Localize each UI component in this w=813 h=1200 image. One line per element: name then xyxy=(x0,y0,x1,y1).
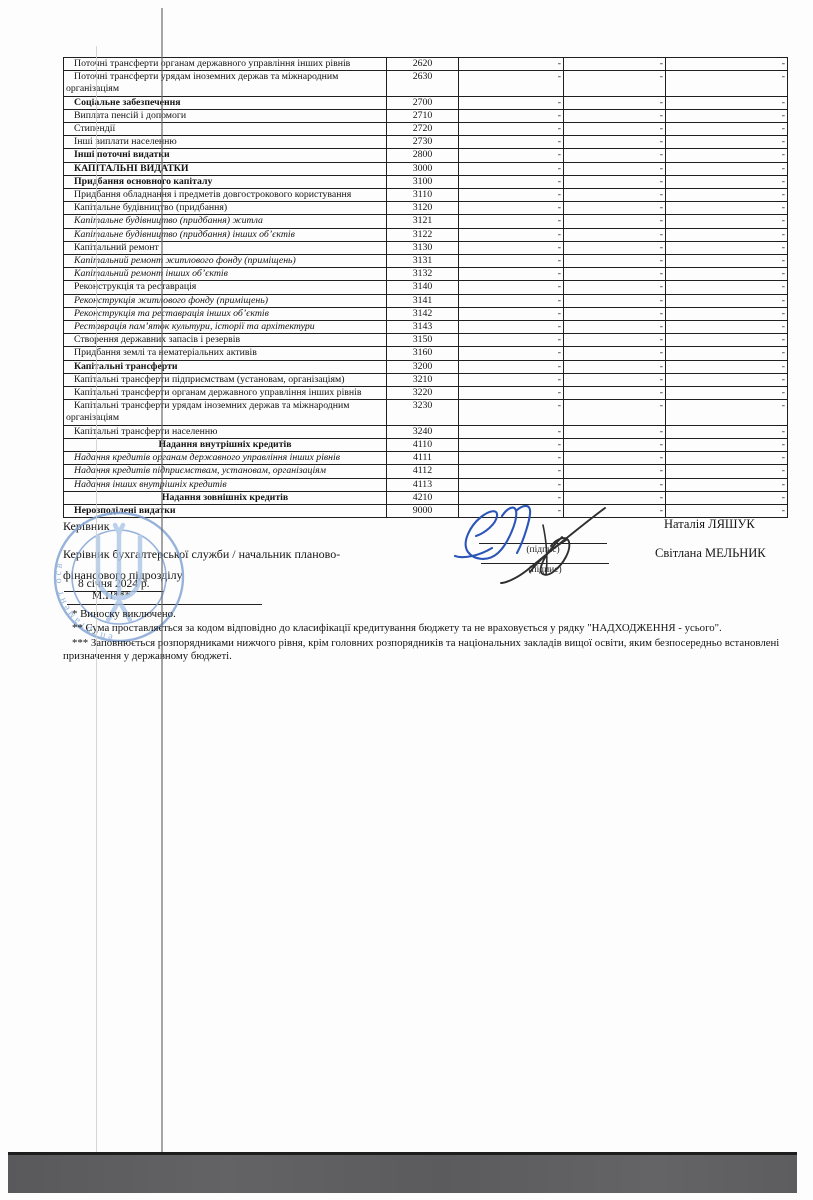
row-value-cell: - xyxy=(666,175,788,188)
table-row: Соціальне забезпечення2700--- xyxy=(64,96,788,109)
row-value-cell: - xyxy=(564,96,666,109)
row-value-cell: - xyxy=(564,71,666,96)
row-value-cell: - xyxy=(666,123,788,136)
row-value-cell: - xyxy=(564,294,666,307)
row-label-cell: Соціальне забезпечення xyxy=(64,96,387,109)
row-code-cell: 3130 xyxy=(387,241,459,254)
row-value-cell: - xyxy=(564,347,666,360)
row-value-cell: - xyxy=(564,215,666,228)
table-row: Реконструкція житлового фонду (приміщень… xyxy=(64,294,788,307)
table-row: Капітальне будівництво (придбання) інших… xyxy=(64,228,788,241)
row-value-cell: - xyxy=(459,241,564,254)
row-label-cell: Нерозподілені видатки xyxy=(64,504,387,517)
row-code-cell: 3121 xyxy=(387,215,459,228)
row-code-cell: 3120 xyxy=(387,202,459,215)
row-value-cell: - xyxy=(666,504,788,517)
row-value-cell: - xyxy=(564,123,666,136)
row-value-cell: - xyxy=(459,255,564,268)
row-label-cell: Виплата пенсій і допомоги xyxy=(64,109,387,122)
role-label-accountant-line1: Керівник бухгалтерської служби / начальн… xyxy=(63,547,340,562)
row-code-cell: 3110 xyxy=(387,189,459,202)
table-row: Поточні трансферти урядам іноземних держ… xyxy=(64,71,788,96)
row-value-cell: - xyxy=(459,109,564,122)
row-value-cell: - xyxy=(666,268,788,281)
row-label-cell: Капітальний ремонт xyxy=(64,241,387,254)
row-value-cell: - xyxy=(666,281,788,294)
row-label-cell: Реконструкція та реставрація інших об’єк… xyxy=(64,307,387,320)
row-value-cell: - xyxy=(666,58,788,71)
row-label-cell: Реконструкція житлового фонду (приміщень… xyxy=(64,294,387,307)
row-label-cell: Придбання обладнання і предметів довгост… xyxy=(64,189,387,202)
row-value-cell: - xyxy=(564,360,666,373)
row-code-cell: 3142 xyxy=(387,307,459,320)
row-value-cell: - xyxy=(666,189,788,202)
row-code-cell: 3132 xyxy=(387,268,459,281)
row-label-cell: Поточні трансферти органам державного уп… xyxy=(64,58,387,71)
table-row: Надання внутрішніх кредитів4110--- xyxy=(64,438,788,451)
row-code-cell: 3150 xyxy=(387,334,459,347)
row-value-cell: - xyxy=(666,491,788,504)
row-code-cell: 2720 xyxy=(387,123,459,136)
row-value-cell: - xyxy=(666,425,788,438)
table-row: Надання інших внутрішніх кредитів4113--- xyxy=(64,478,788,491)
row-value-cell: - xyxy=(459,360,564,373)
footnotes-block: * Виноску виключено.** Сума проставляєть… xyxy=(63,608,790,664)
row-label-cell: Капітальні трансферти підприємствам (уст… xyxy=(64,373,387,386)
table-row: Капітальне будівництво (придбання) житла… xyxy=(64,215,788,228)
table-row: Капітальний ремонт інших об’єктів3132--- xyxy=(64,268,788,281)
table-row: Надання кредитів органам державного упра… xyxy=(64,452,788,465)
row-label-cell: Надання внутрішніх кредитів xyxy=(64,438,387,451)
row-value-cell: - xyxy=(459,175,564,188)
row-code-cell: 3210 xyxy=(387,373,459,386)
row-value-cell: - xyxy=(459,373,564,386)
row-value-cell: - xyxy=(666,400,788,425)
budget-expenditure-table: Поточні трансферти органам державного уп… xyxy=(63,57,788,518)
row-code-cell: 2630 xyxy=(387,71,459,96)
row-value-cell: - xyxy=(459,452,564,465)
row-value-cell: - xyxy=(666,162,788,175)
seal-place-label: М.П*** xyxy=(92,590,131,602)
row-value-cell: - xyxy=(459,189,564,202)
row-value-cell: - xyxy=(459,228,564,241)
row-value-cell: - xyxy=(564,465,666,478)
row-value-cell: - xyxy=(459,425,564,438)
row-value-cell: - xyxy=(459,321,564,334)
row-code-cell: 2800 xyxy=(387,149,459,162)
row-value-cell: - xyxy=(666,347,788,360)
row-code-cell: 9000 xyxy=(387,504,459,517)
row-value-cell: - xyxy=(459,123,564,136)
row-code-cell: 3140 xyxy=(387,281,459,294)
row-value-cell: - xyxy=(666,452,788,465)
row-label-cell: КАПІТАЛЬНІ ВИДАТКИ xyxy=(64,162,387,175)
table-row: Капітальні трансферти3200--- xyxy=(64,360,788,373)
row-code-cell: 3230 xyxy=(387,400,459,425)
table-row: Реконструкція та реставрація інших об’єк… xyxy=(64,307,788,320)
table-row: Придбання основного капіталу3100--- xyxy=(64,175,788,188)
row-label-cell: Капітальні трансферти органам державного… xyxy=(64,387,387,400)
row-value-cell: - xyxy=(459,334,564,347)
row-label-cell: Капітальні трансферти урядам іноземних д… xyxy=(64,400,387,425)
row-value-cell: - xyxy=(459,149,564,162)
row-value-cell: - xyxy=(459,281,564,294)
row-value-cell: - xyxy=(564,255,666,268)
footnote: ** Сума проставляється за кодом відповід… xyxy=(63,622,790,635)
row-value-cell: - xyxy=(459,478,564,491)
row-value-cell: - xyxy=(564,149,666,162)
row-label-cell: Надання інших внутрішніх кредитів xyxy=(64,478,387,491)
row-label-cell: Реконструкція та реставрація xyxy=(64,281,387,294)
row-code-cell: 3220 xyxy=(387,387,459,400)
director-name: Наталія ЛЯШУК xyxy=(664,517,755,532)
row-value-cell: - xyxy=(459,71,564,96)
row-value-cell: - xyxy=(666,71,788,96)
row-value-cell: - xyxy=(564,162,666,175)
row-label-cell: Надання кредитів підприємствам, установа… xyxy=(64,465,387,478)
row-value-cell: - xyxy=(666,202,788,215)
row-label-cell: Капітальне будівництво (придбання) житла xyxy=(64,215,387,228)
row-label-cell: Інші поточні видатки xyxy=(64,149,387,162)
row-value-cell: - xyxy=(666,228,788,241)
row-label-cell: Капітальні трансферти населенню xyxy=(64,425,387,438)
row-code-cell: 2700 xyxy=(387,96,459,109)
row-code-cell: 4112 xyxy=(387,465,459,478)
row-value-cell: - xyxy=(564,202,666,215)
row-value-cell: - xyxy=(564,425,666,438)
row-value-cell: - xyxy=(459,307,564,320)
row-value-cell: - xyxy=(666,387,788,400)
row-code-cell: 4113 xyxy=(387,478,459,491)
table-row: Надання зовнішніх кредитів4210--- xyxy=(64,491,788,504)
row-value-cell: - xyxy=(459,96,564,109)
row-label-cell: Створення державних запасів і резервів xyxy=(64,334,387,347)
row-value-cell: - xyxy=(666,321,788,334)
row-code-cell: 2620 xyxy=(387,58,459,71)
row-code-cell: 3122 xyxy=(387,228,459,241)
table-row: Придбання обладнання і предметів довгост… xyxy=(64,189,788,202)
scanner-edge-band xyxy=(8,1152,797,1193)
row-value-cell: - xyxy=(666,478,788,491)
table-row: Капітальні трансферти органам державного… xyxy=(64,387,788,400)
row-value-cell: - xyxy=(564,109,666,122)
row-value-cell: - xyxy=(564,189,666,202)
table-row: Створення державних запасів і резервів31… xyxy=(64,334,788,347)
table-row: Стипендії2720--- xyxy=(64,123,788,136)
row-code-cell: 3131 xyxy=(387,255,459,268)
table-row: Реставрація пам’яток культури, історії т… xyxy=(64,321,788,334)
table-row: Нерозподілені видатки9000--- xyxy=(64,504,788,517)
row-value-cell: - xyxy=(459,504,564,517)
row-code-cell: 2730 xyxy=(387,136,459,149)
row-value-cell: - xyxy=(459,136,564,149)
row-value-cell: - xyxy=(564,136,666,149)
row-value-cell: - xyxy=(459,387,564,400)
row-label-cell: Надання зовнішніх кредитів xyxy=(64,491,387,504)
row-value-cell: - xyxy=(459,58,564,71)
row-code-cell: 3143 xyxy=(387,321,459,334)
row-value-cell: - xyxy=(564,228,666,241)
row-value-cell: - xyxy=(564,58,666,71)
table-row: Капітальний ремонт житлового фонду (прим… xyxy=(64,255,788,268)
scanned-document-page: Поточні трансферти органам державного уп… xyxy=(0,0,813,1200)
row-label-cell: Надання кредитів органам державного упра… xyxy=(64,452,387,465)
table-row: Капітальні трансферти урядам іноземних д… xyxy=(64,400,788,425)
row-value-cell: - xyxy=(666,334,788,347)
signature-caption-1: (підпис) xyxy=(479,545,607,555)
table-row: Надання кредитів підприємствам, установа… xyxy=(64,465,788,478)
row-value-cell: - xyxy=(564,478,666,491)
row-value-cell: - xyxy=(564,452,666,465)
signature-line-1 xyxy=(479,543,607,544)
row-value-cell: - xyxy=(666,373,788,386)
row-label-cell: Капітальний ремонт інших об’єктів xyxy=(64,268,387,281)
row-label-cell: Капітальні трансферти xyxy=(64,360,387,373)
row-value-cell: - xyxy=(666,136,788,149)
row-value-cell: - xyxy=(564,373,666,386)
row-code-cell: 4210 xyxy=(387,491,459,504)
row-code-cell: 2710 xyxy=(387,109,459,122)
row-value-cell: - xyxy=(459,268,564,281)
row-value-cell: - xyxy=(564,321,666,334)
table-row: Придбання землі та нематеріальних активі… xyxy=(64,347,788,360)
table-row: Інші виплати населенню2730--- xyxy=(64,136,788,149)
row-value-cell: - xyxy=(564,491,666,504)
row-label-cell: Капітальне будівництво (придбання) інших… xyxy=(64,228,387,241)
row-value-cell: - xyxy=(459,294,564,307)
table-row: Виплата пенсій і допомоги2710--- xyxy=(64,109,788,122)
row-value-cell: - xyxy=(666,465,788,478)
row-value-cell: - xyxy=(564,281,666,294)
row-code-cell: 3240 xyxy=(387,425,459,438)
table-row: Інші поточні видатки2800--- xyxy=(64,149,788,162)
row-value-cell: - xyxy=(666,149,788,162)
row-label-cell: Капітальний ремонт житлового фонду (прим… xyxy=(64,255,387,268)
row-value-cell: - xyxy=(564,504,666,517)
row-value-cell: - xyxy=(564,438,666,451)
row-value-cell: - xyxy=(459,215,564,228)
table-row: Капітальний ремонт3130--- xyxy=(64,241,788,254)
row-value-cell: - xyxy=(564,175,666,188)
row-value-cell: - xyxy=(666,360,788,373)
table-row: Реконструкція та реставрація3140--- xyxy=(64,281,788,294)
table-row: КАПІТАЛЬНІ ВИДАТКИ3000--- xyxy=(64,162,788,175)
row-value-cell: - xyxy=(666,109,788,122)
row-value-cell: - xyxy=(459,400,564,425)
row-value-cell: - xyxy=(666,96,788,109)
row-value-cell: - xyxy=(564,400,666,425)
row-value-cell: - xyxy=(459,491,564,504)
row-value-cell: - xyxy=(666,255,788,268)
table-row: Капітальні трансферти підприємствам (уст… xyxy=(64,373,788,386)
table-row: Поточні трансферти органам державного уп… xyxy=(64,58,788,71)
row-label-cell: Реставрація пам’яток культури, історії т… xyxy=(64,321,387,334)
role-label-director: Керівник xyxy=(63,519,110,534)
document-date: 8 січня 2024 р. xyxy=(78,578,150,590)
signature-line-2 xyxy=(481,563,609,564)
row-value-cell: - xyxy=(459,202,564,215)
row-label-cell: Поточні трансферти урядам іноземних держ… xyxy=(64,71,387,96)
row-code-cell: 3000 xyxy=(387,162,459,175)
row-value-cell: - xyxy=(666,215,788,228)
row-value-cell: - xyxy=(666,294,788,307)
signature-caption-2: (підпис) xyxy=(481,565,609,575)
footnote: * Виноску виключено. xyxy=(63,608,790,621)
row-value-cell: - xyxy=(666,241,788,254)
row-code-cell: 3200 xyxy=(387,360,459,373)
row-label-cell: Придбання основного капіталу xyxy=(64,175,387,188)
row-value-cell: - xyxy=(459,438,564,451)
row-value-cell: - xyxy=(564,334,666,347)
row-value-cell: - xyxy=(564,387,666,400)
row-code-cell: 3160 xyxy=(387,347,459,360)
row-code-cell: 4110 xyxy=(387,438,459,451)
row-value-cell: - xyxy=(459,162,564,175)
row-label-cell: Придбання землі та нематеріальних активі… xyxy=(64,347,387,360)
row-label-cell: Капітальне будівництво (придбання) xyxy=(64,202,387,215)
accountant-name: Світлана МЕЛЬНИК xyxy=(655,546,766,561)
seal-underline xyxy=(67,604,262,605)
table-row: Капітальні трансферти населенню3240--- xyxy=(64,425,788,438)
row-value-cell: - xyxy=(666,307,788,320)
row-code-cell: 3141 xyxy=(387,294,459,307)
table-row: Капітальне будівництво (придбання)3120--… xyxy=(64,202,788,215)
footnote: *** Заповнюється розпорядниками нижчого … xyxy=(63,637,790,664)
row-code-cell: 4111 xyxy=(387,452,459,465)
row-code-cell: 3100 xyxy=(387,175,459,188)
row-value-cell: - xyxy=(666,438,788,451)
row-value-cell: - xyxy=(564,307,666,320)
row-label-cell: Інші виплати населенню xyxy=(64,136,387,149)
row-value-cell: - xyxy=(564,268,666,281)
row-value-cell: - xyxy=(459,465,564,478)
row-label-cell: Стипендії xyxy=(64,123,387,136)
row-value-cell: - xyxy=(459,347,564,360)
row-value-cell: - xyxy=(564,241,666,254)
